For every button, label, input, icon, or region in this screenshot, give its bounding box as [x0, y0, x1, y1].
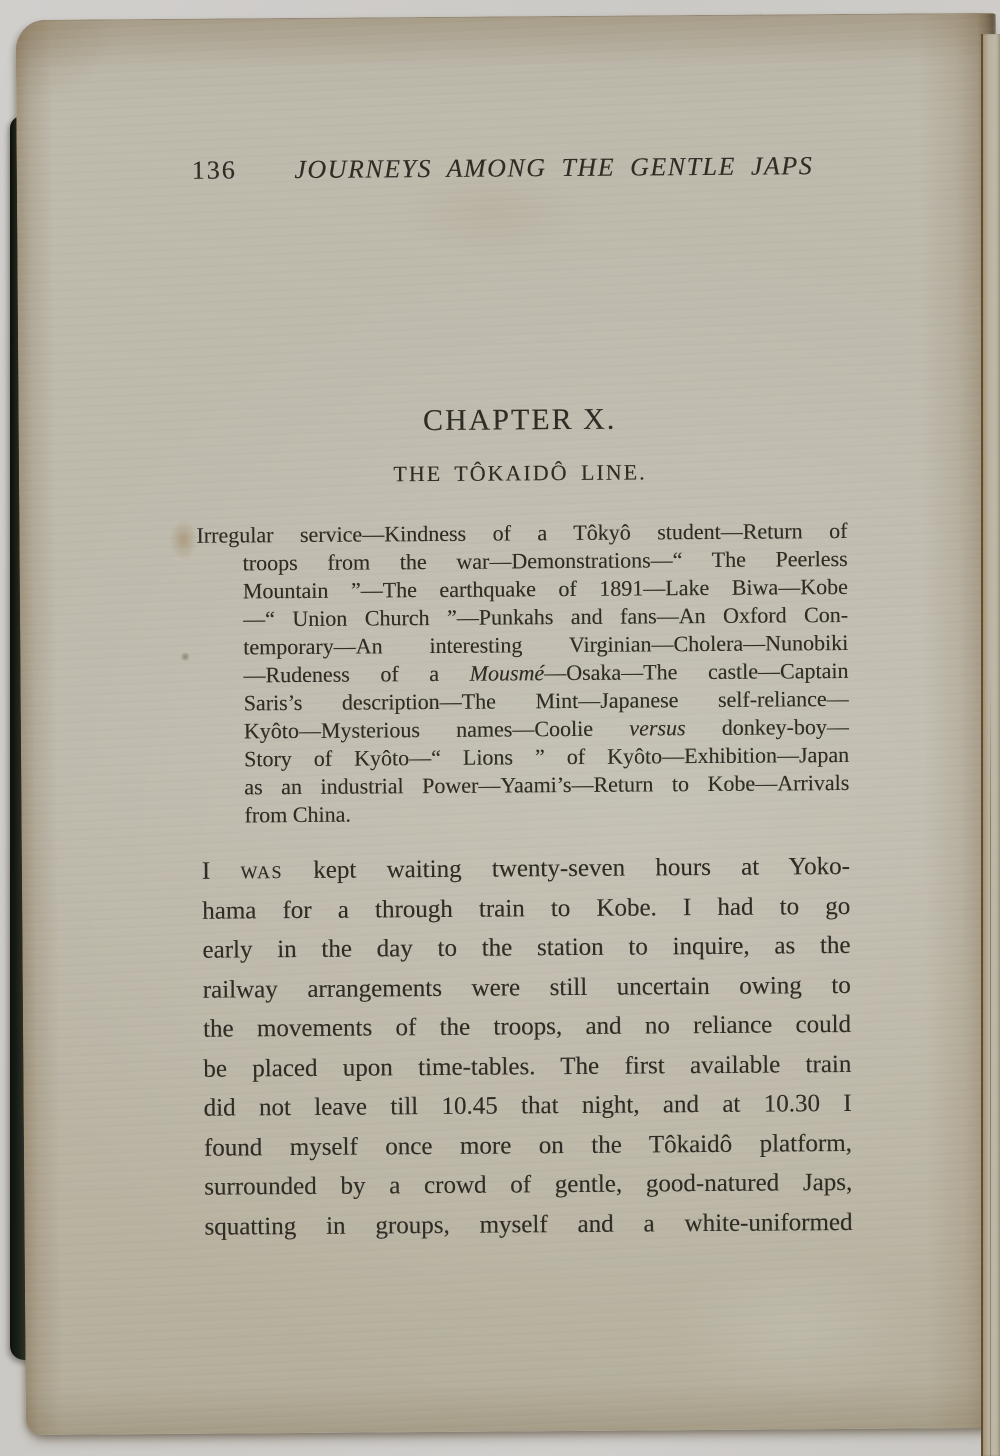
text-line: from China. — [244, 797, 849, 829]
facing-page-sliver — [981, 34, 1000, 1456]
text-line: Kyôto—Mysterious names—Coolie versus don… — [244, 713, 849, 745]
text-line: Mountain ”—The earthquake of 1891—Lake B… — [243, 573, 848, 605]
text-line: as an industrial Power—Yaami’s—Return to… — [244, 769, 849, 801]
text-line: did not leave till 10.45 that night, and… — [203, 1084, 851, 1128]
photo-background: 136 JOURNEYS AMONG THE GENTLE JAPS CHAPT… — [0, 0, 1000, 1456]
text-line: —Rudeness of a Mousmé—Osaka—The castle—C… — [243, 657, 848, 689]
book-page: 136 JOURNEYS AMONG THE GENTLE JAPS CHAPT… — [16, 13, 1000, 1435]
running-title: JOURNEYS AMONG THE GENTLE JAPS — [264, 151, 844, 185]
text-line: I was kept waiting twenty-seven hours at… — [202, 847, 850, 891]
text-line: Story of Kyôto—“ Lions ” of Kyôto—Exhibi… — [244, 741, 849, 773]
printed-page-content: 136 JOURNEYS AMONG THE GENTLE JAPS CHAPT… — [16, 14, 1000, 1435]
page-number: 136 — [192, 155, 237, 185]
text-line: —“ Union Church ”—Punkahs and fans—An Ox… — [243, 601, 848, 633]
chapter-synopsis: Irregular service—Kindness of a Tôkyô st… — [242, 517, 849, 829]
text-line: be placed upon time-tables. The first av… — [203, 1044, 851, 1088]
body-paragraph: I was kept waiting twenty-seven hours at… — [202, 847, 853, 1247]
text-line: Saris’s description—The Mint—Japanese se… — [244, 685, 849, 717]
running-header: 136 JOURNEYS AMONG THE GENTLE JAPS — [192, 151, 844, 188]
chapter-heading: CHAPTER X. — [195, 401, 843, 440]
text-line: surrounded by a crowd of gentle, good-na… — [204, 1163, 852, 1207]
text-line: found myself once more on the Tôkaidô pl… — [204, 1123, 852, 1167]
text-line: hama for a through train to Kobe. I had … — [202, 886, 850, 930]
text-line: early in the day to the station to inqui… — [202, 926, 850, 970]
text-line: troops from the war—Demonstrations—“ The… — [243, 545, 848, 577]
text-line: temporary—An interesting Virginian—Chole… — [243, 629, 848, 661]
text-line: the movements of the troops, and no reli… — [203, 1005, 851, 1049]
text-line: railway arrangements were still uncertai… — [203, 965, 851, 1009]
text-line: squatting in groups, myself and a white-… — [204, 1202, 852, 1246]
chapter-subtitle: THE TÔKAIDÔ LINE. — [196, 458, 844, 489]
